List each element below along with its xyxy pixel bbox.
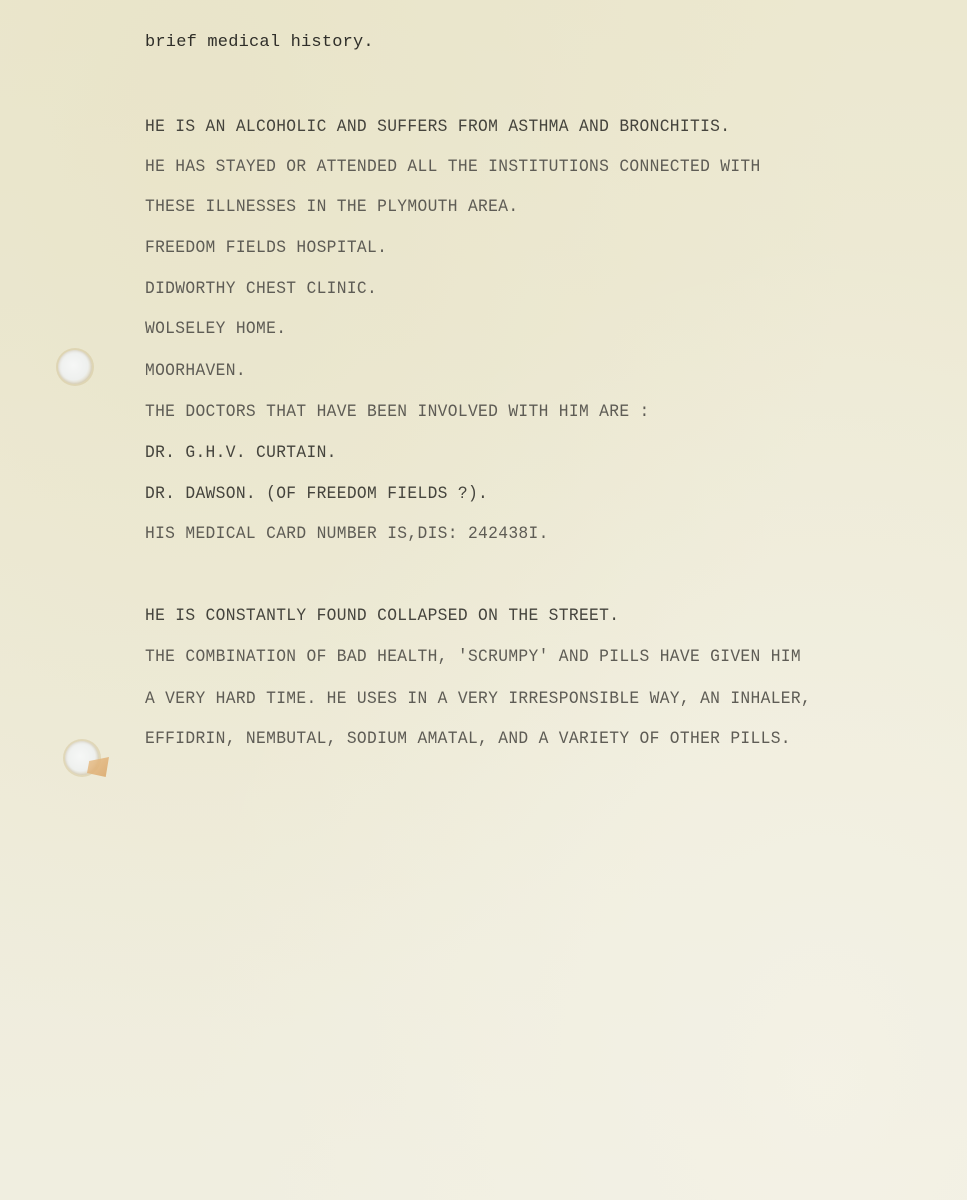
doctor-1: DR. G.H.V. CURTAIN. — [145, 443, 337, 463]
doctors-intro: THE DOCTORS THAT HAVE BEEN INVOLVED WITH… — [145, 402, 650, 422]
document-heading: brief medical history. — [145, 33, 374, 52]
institution-4: MOORHAVEN. — [145, 361, 246, 381]
punch-hole-top — [58, 350, 92, 384]
paragraph-2-line-2: THE COMBINATION OF BAD HEALTH, 'SCRUMPY'… — [145, 647, 801, 667]
institution-2: DIDWORTHY CHEST CLINIC. — [145, 279, 377, 299]
institution-3: WOLSELEY HOME. — [145, 319, 286, 339]
institution-1: FREEDOM FIELDS HOSPITAL. — [145, 238, 387, 258]
paragraph-1-line-1: HE IS AN ALCOHOLIC AND SUFFERS FROM ASTH… — [145, 117, 730, 137]
paragraph-1-line-2: HE HAS STAYED OR ATTENDED ALL THE INSTIT… — [145, 157, 761, 177]
paragraph-2-line-4: EFFIDRIN, NEMBUTAL, SODIUM AMATAL, AND A… — [145, 729, 791, 749]
paragraph-2-line-3: A VERY HARD TIME. HE USES IN A VERY IRRE… — [145, 689, 811, 709]
typed-document-page: brief medical history. HE IS AN ALCOHOLI… — [0, 0, 967, 1200]
paragraph-2-line-1: HE IS CONSTANTLY FOUND COLLAPSED ON THE … — [145, 606, 619, 626]
doctor-2: DR. DAWSON. (OF FREEDOM FIELDS ?). — [145, 484, 488, 504]
paragraph-1-line-3: THESE ILLNESSES IN THE PLYMOUTH AREA. — [145, 197, 518, 217]
medical-card-number: HIS MEDICAL CARD NUMBER IS,DIS: 242438I. — [145, 524, 549, 544]
